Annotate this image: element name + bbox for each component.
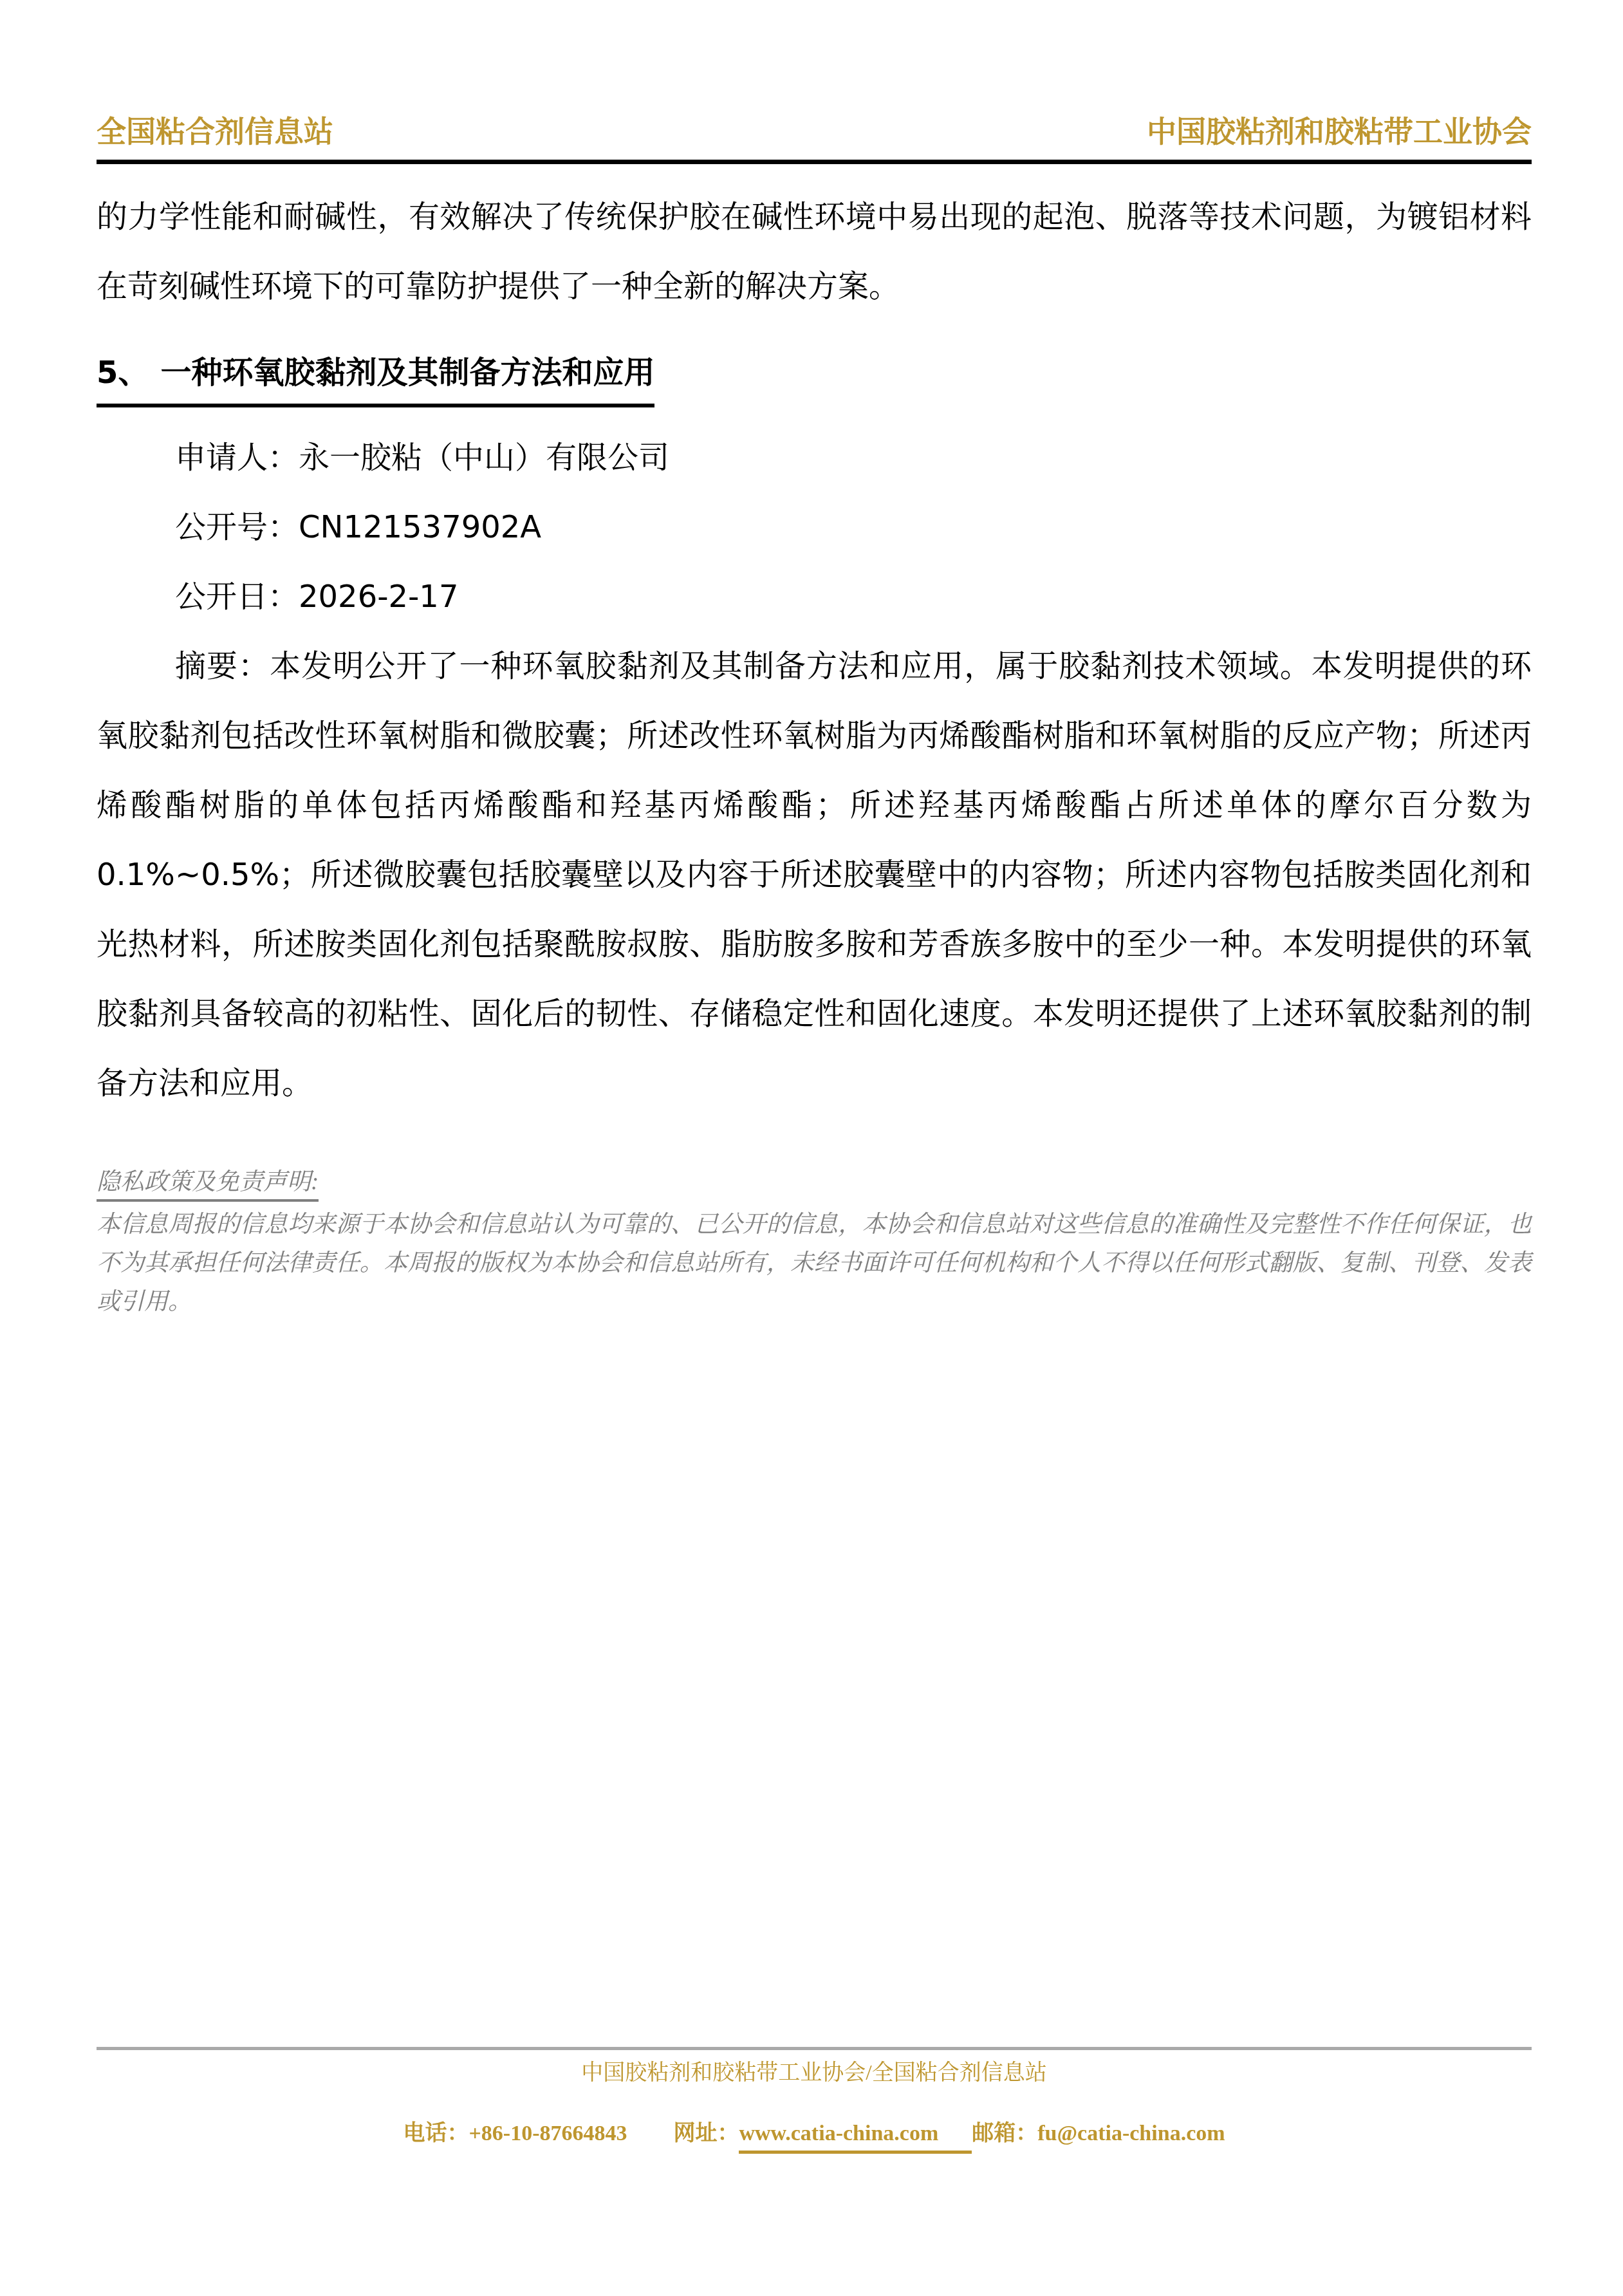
footer-phone-label: 电话： [403, 2122, 468, 2145]
publication-date-row: 公开日：2026-2-17 [97, 562, 1532, 631]
patent-title: 一种环氧胶黏剂及其制备方法和应用 [160, 355, 654, 391]
applicant-row: 申请人：永一胶粘（中山）有限公司 [97, 423, 1532, 492]
footer-website-link[interactable]: www.catia-china.com [739, 2120, 972, 2154]
footer-email: fu@catia-china.com [1037, 2122, 1225, 2145]
masthead: 全国粘合剂信息站 中国胶粘剂和胶粘带工业协会 [97, 109, 1532, 154]
applicant-label: 申请人： [175, 440, 299, 476]
patent-abstract: 摘要：本发明公开了一种环氧胶黏剂及其制备方法和应用，属于胶黏剂技术领域。本发明提… [97, 631, 1532, 1118]
masthead-site-name: 全国粘合剂信息站 [97, 109, 333, 154]
applicant-value: 永一胶粘（中山）有限公司 [299, 440, 669, 476]
publication-date-label: 公开日： [175, 579, 299, 615]
page-content: 全国粘合剂信息站 中国胶粘剂和胶粘带工业协会 的力学性能和耐碱性，有效解决了传统… [97, 109, 1532, 1321]
publication-date-value: 2026-2-17 [299, 579, 458, 615]
footer-contact-line: 电话：+86-10-87664843网址：www.catia-china.com… [97, 2120, 1532, 2154]
publication-number-label: 公开号： [175, 509, 299, 545]
footer-org-line: 中国胶粘剂和胶粘带工业协会/全国粘合剂信息站 [97, 2059, 1532, 2087]
intro-paragraph: 的力学性能和耐碱性，有效解决了传统保护胶在碱性环境中易出现的起泡、脱落等技术问题… [97, 182, 1532, 321]
masthead-association-name: 中国胶粘剂和胶粘带工业协会 [1147, 109, 1532, 154]
publication-number-value: CN121537902A [299, 509, 541, 545]
disclaimer-section: 隐私政策及免责声明: 本信息周报的信息均来源于本协会和信息站认为可靠的、已公开的… [97, 1167, 1532, 1321]
patent-number: 5、 [97, 355, 149, 391]
footer-email-label: 邮箱： [972, 2122, 1037, 2145]
disclaimer-body: 本信息周报的信息均来源于本协会和信息站认为可靠的、已公开的信息，本协会和信息站对… [97, 1206, 1532, 1321]
patent-fields: 申请人：永一胶粘（中山）有限公司 公开号：CN121537902A 公开日：20… [97, 423, 1532, 631]
patent-heading-text: 5、一种环氧胶黏剂及其制备方法和应用 [97, 347, 654, 407]
footer-website-label: 网址： [673, 2122, 739, 2145]
footer-phone: +86-10-87664843 [468, 2122, 627, 2145]
footer-rule [97, 2047, 1532, 2050]
patent-heading: 5、一种环氧胶黏剂及其制备方法和应用 [97, 347, 1532, 407]
masthead-rule [97, 160, 1532, 164]
newsletter-page: 全国粘合剂信息站 中国胶粘剂和胶粘带工业协会 的力学性能和耐碱性，有效解决了传统… [0, 0, 1623, 2296]
page-footer: 中国胶粘剂和胶粘带工业协会/全国粘合剂信息站 电话：+86-10-8766484… [97, 2047, 1532, 2154]
publication-number-row: 公开号：CN121537902A [97, 492, 1532, 562]
disclaimer-title: 隐私政策及免责声明: [97, 1167, 319, 1202]
